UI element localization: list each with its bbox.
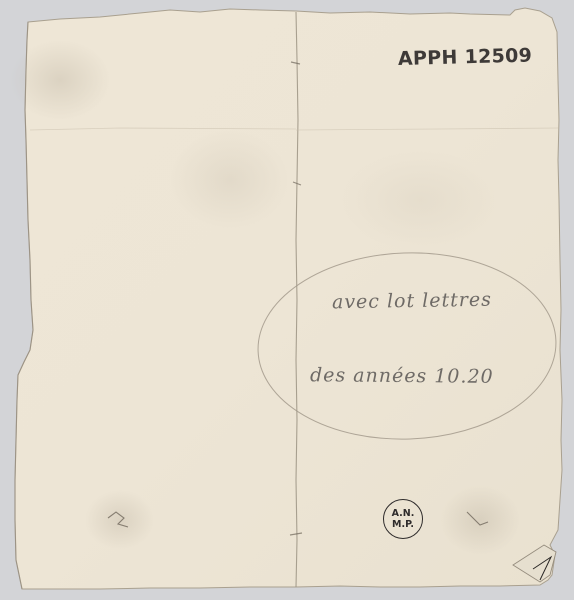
pencil-note-line-2: des années 10.20 (310, 364, 494, 388)
archive-stamp: A.N. M.P. (383, 499, 423, 539)
document-scan: APPH 12509 avec lot lettres des années 1… (0, 0, 574, 600)
pencil-note-line-1: avec lot lettres (332, 289, 492, 314)
stamp-line-1: A.N. (392, 508, 415, 519)
reference-number: APPH 12509 (398, 44, 533, 70)
stamp-line-2: M.P. (392, 519, 414, 530)
